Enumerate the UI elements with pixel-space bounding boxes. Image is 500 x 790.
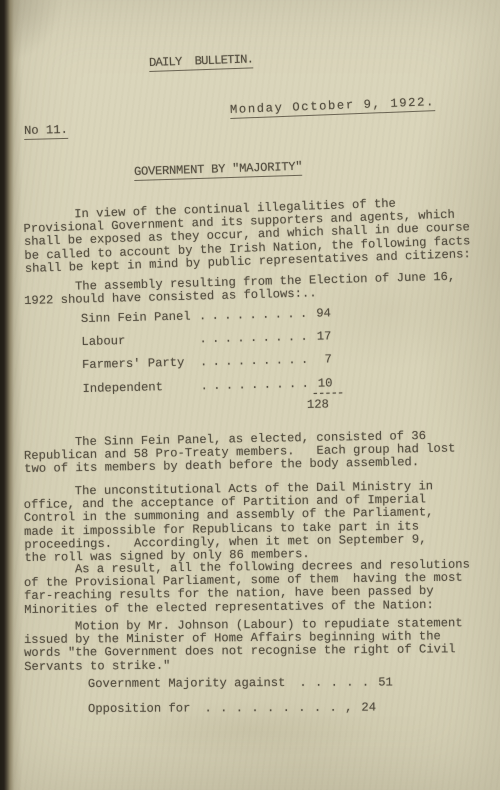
row-value: 7 bbox=[312, 354, 332, 368]
row-label: Independent bbox=[82, 380, 200, 396]
vote-results-table: Government Majority against . . . . . 51… bbox=[88, 676, 393, 728]
headline-text: GOVERNMENT BY "MAJORITY" bbox=[134, 160, 303, 181]
dot-leader: . . . . . . . . . bbox=[200, 354, 312, 370]
dot-leader: . . . . . . . . . bbox=[200, 377, 312, 393]
row-label: Farmers' Party bbox=[82, 357, 200, 373]
table-row: Opposition for . . . . . . . . . , 24 bbox=[88, 702, 393, 717]
row-label: Sinn Fein Panel bbox=[81, 310, 199, 326]
paragraph-panel: The Sinn Fein Panel, as elected, consist… bbox=[24, 429, 487, 477]
paragraph-result: As a result, all the following decrees a… bbox=[24, 558, 497, 617]
row-label: Opposition for bbox=[88, 703, 190, 717]
row-value: 17 bbox=[311, 331, 331, 345]
scanned-document-page: DAILY BULLETIN. Monday October 9, 1922. … bbox=[0, 0, 500, 790]
date-text: Monday October 9, 1922. bbox=[230, 95, 435, 119]
page-binding-edge bbox=[0, 0, 22, 790]
table-row: Sinn Fein Panel . . . . . . . . . 94 bbox=[81, 306, 381, 326]
table-row: Labour . . . . . . . . . 17 bbox=[81, 329, 381, 349]
table-row: Government Majority against . . . . . 51 bbox=[88, 676, 393, 691]
dot-leader: . . . . . bbox=[299, 677, 369, 691]
paragraph-unconstitutional: The unconstitutional Acts of the Dail Mi… bbox=[23, 480, 486, 566]
paragraph-motion: Motion by Mr. Johnson (Labour) to repudi… bbox=[24, 617, 486, 674]
row-label: Government Majority against bbox=[88, 677, 286, 691]
row-value: 51 bbox=[378, 676, 393, 689]
issue-number-text: No 11. bbox=[24, 123, 68, 140]
dot-leader: . . . . . . . . . , bbox=[204, 702, 352, 716]
total-value: 128 bbox=[307, 397, 383, 412]
row-value: 24 bbox=[361, 702, 376, 715]
headline: GOVERNMENT BY "MAJORITY" bbox=[134, 157, 303, 180]
date-line: Monday October 9, 1922. bbox=[230, 92, 436, 118]
row-label: Labour bbox=[81, 334, 199, 350]
dot-leader: . . . . . . . . . bbox=[199, 308, 311, 324]
row-value: 94 bbox=[311, 307, 331, 321]
dot-leader: . . . . . . . . . bbox=[199, 331, 311, 347]
masthead: DAILY BULLETIN. bbox=[149, 49, 254, 71]
issue-number: No 11. bbox=[24, 120, 68, 139]
masthead-title: DAILY BULLETIN. bbox=[149, 52, 254, 72]
election-results-table: Sinn Fein Panel . . . . . . . . . 94 Lab… bbox=[81, 306, 383, 417]
text-line: Servants to strike." bbox=[24, 657, 486, 674]
table-row: Farmers' Party . . . . . . . . . 7 bbox=[82, 353, 382, 373]
